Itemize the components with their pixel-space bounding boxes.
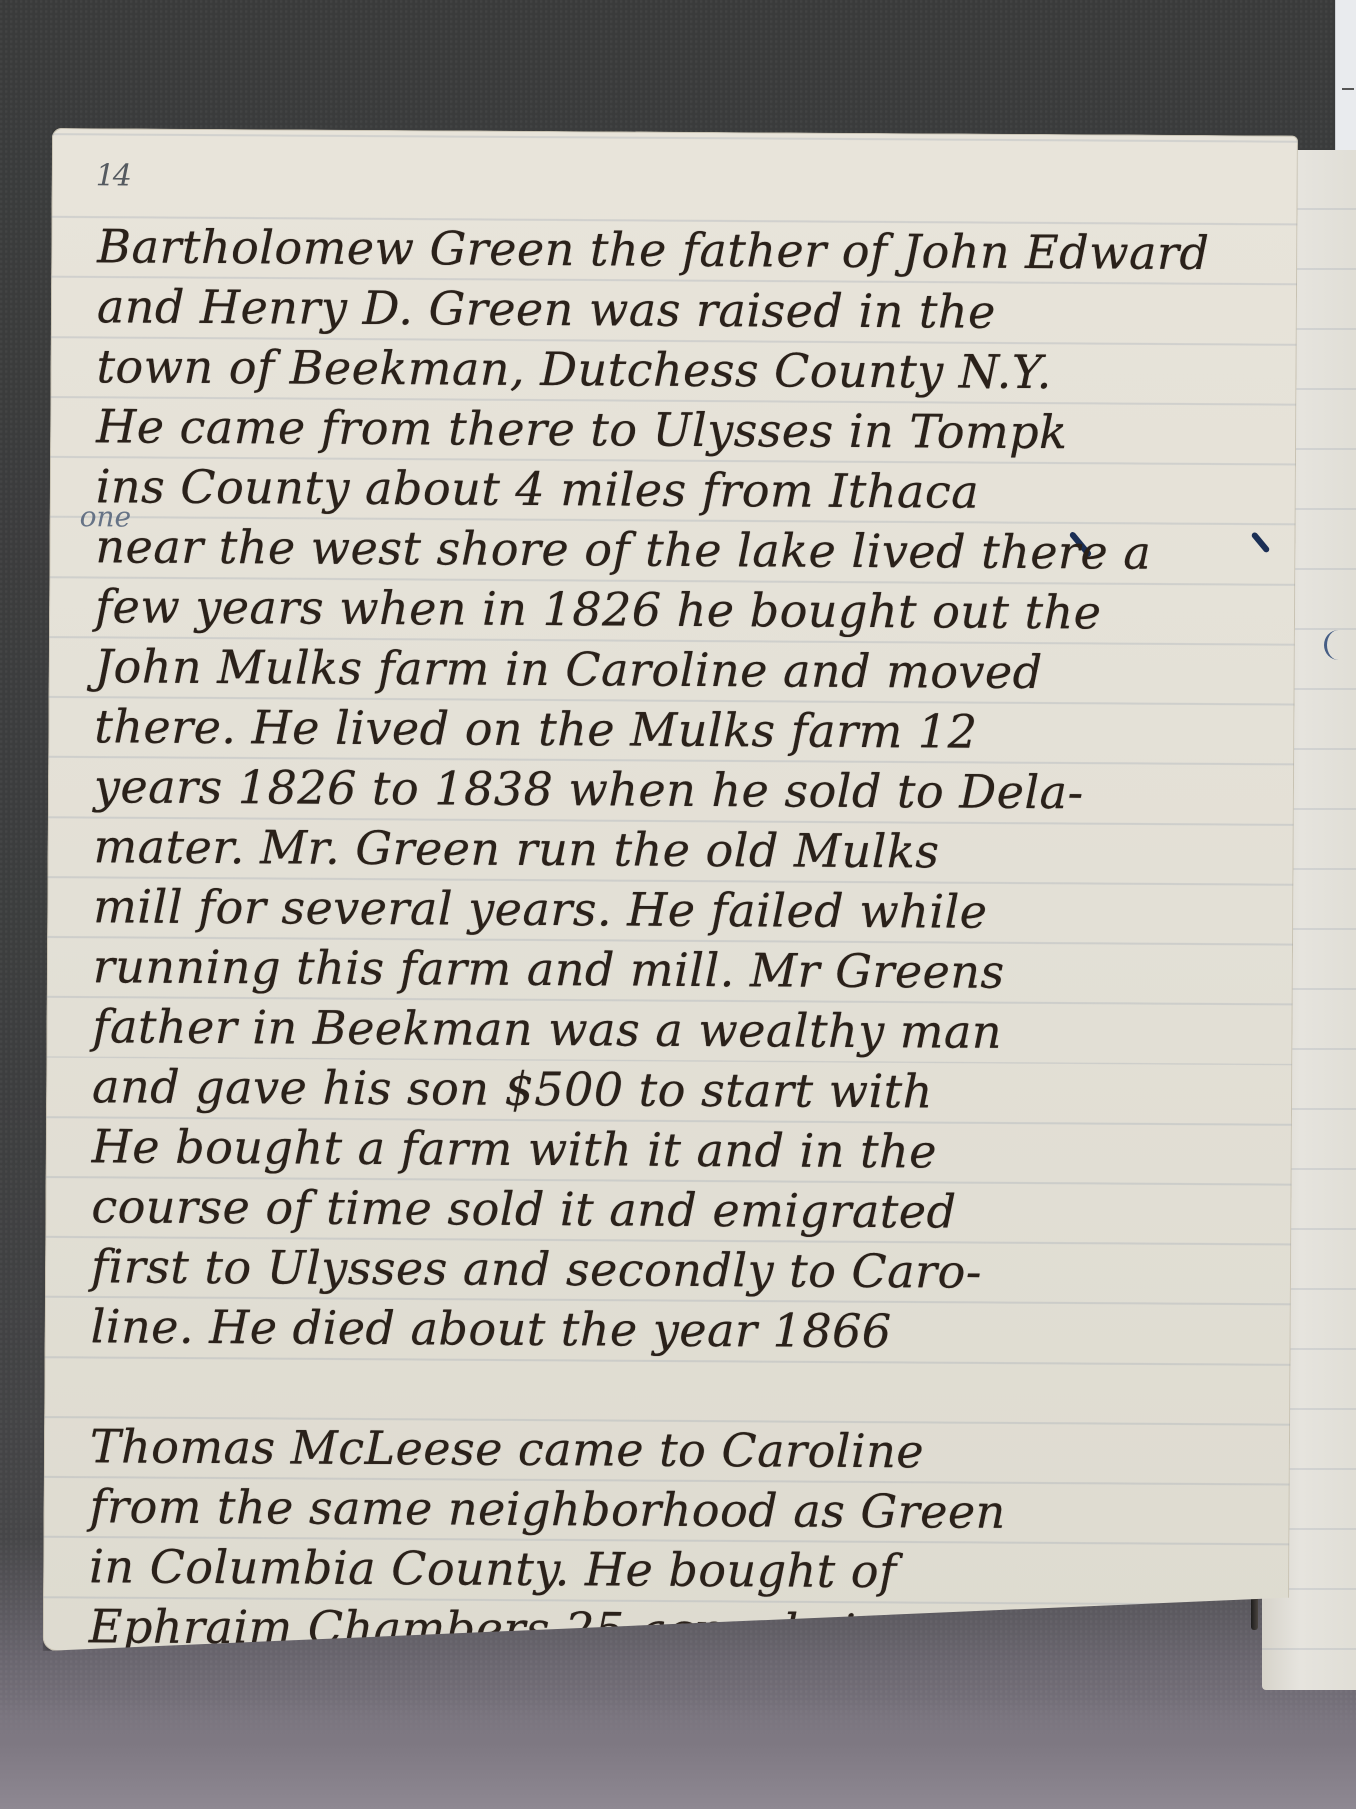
- paragraph-gap: [90, 1356, 1260, 1423]
- text-line: years 1826 to 1838 when he sold to Dela-: [94, 756, 1264, 823]
- text-line: Ephraim Chambers 25 acres being: [89, 1596, 1259, 1663]
- text-line: line. He died about the year 1866: [90, 1296, 1260, 1363]
- text-line: near the west shore of the lake lived th…: [95, 516, 1265, 583]
- text-line: mater. Mr. Green run the old Mulks: [93, 816, 1263, 883]
- text-line: few years when in 1826 he bought out the: [95, 576, 1265, 643]
- edge-mark: [1342, 88, 1354, 90]
- text-line: He came from there to Ulysses in Tompk: [96, 396, 1266, 463]
- text-line: first to Ulysses and secondly to Caro-: [91, 1236, 1261, 1303]
- text-line: father in Beekman was a wealthy man: [92, 996, 1262, 1063]
- text-line: and gave his son $500 to start with: [92, 1056, 1262, 1123]
- text-line: Thomas McLeese came to Caroline: [90, 1416, 1260, 1483]
- adjacent-sheet-edge: [1335, 0, 1356, 160]
- text-line: there. He lived on the Mulks farm 12: [94, 696, 1264, 763]
- ink-blot: [1324, 630, 1353, 660]
- backdrop-surface: [0, 1699, 1356, 1809]
- page-number: 14: [96, 158, 130, 193]
- text-line: in Columbia County. He bought of: [89, 1536, 1259, 1603]
- text-line: running this farm and mill. Mr Greens: [93, 936, 1263, 1003]
- text-line: Bartholomew Green the father of John Edw…: [97, 216, 1267, 283]
- notebook-page: 14 one Bartholomew Green the father of J…: [43, 128, 1298, 1659]
- text-line: He bought a farm with it and in the: [92, 1116, 1262, 1183]
- paragraph-bartholomew-green: Bartholomew Green the father of John Edw…: [90, 216, 1267, 1363]
- manuscript-text: Bartholomew Green the father of John Edw…: [89, 216, 1268, 1663]
- text-line: mill for several years. He failed while: [93, 876, 1263, 943]
- text-line: John Mulks farm in Caroline and moved: [95, 636, 1265, 703]
- text-line: and Henry D. Green was raised in the: [97, 276, 1267, 343]
- text-line: from the same neighborhood as Green: [89, 1476, 1259, 1543]
- text-line: town of Beekman, Dutchess County N.Y.: [96, 336, 1266, 403]
- text-line: course of time sold it and emigrated: [91, 1176, 1261, 1243]
- text-line: ins County about 4 miles from Ithaca: [96, 456, 1266, 523]
- paragraph-thomas-mcleese: Thomas McLeese came to Caroline from the…: [89, 1416, 1260, 1663]
